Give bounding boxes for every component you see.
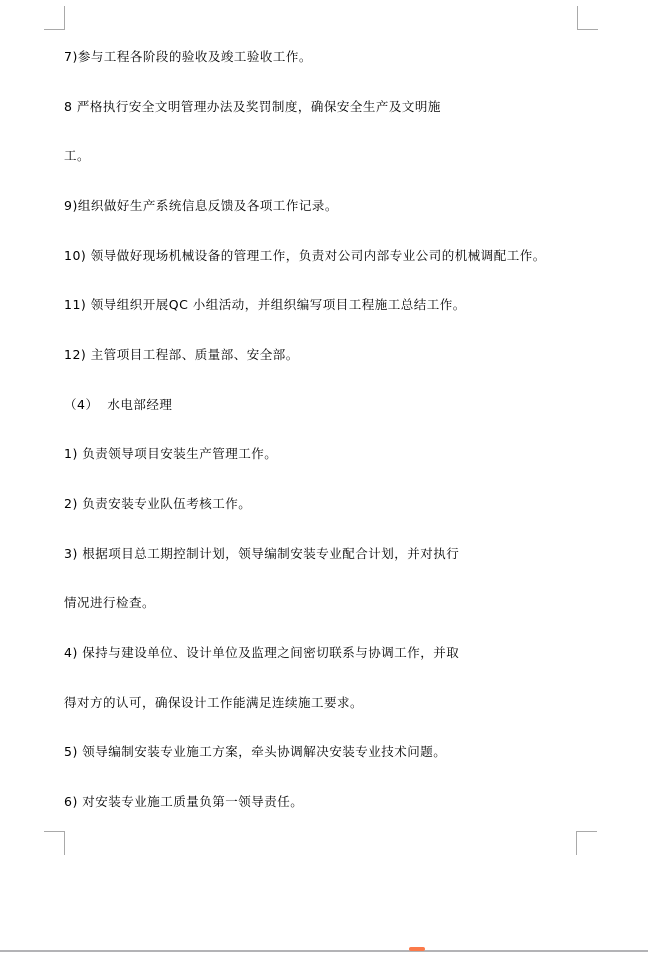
document-text-line: 10) 领导做好现场机械设备的管理工作，负责对公司内部专业公司的机械调配工作。 [64,230,578,280]
document-text-line: 7)参与工程各阶段的验收及竣工验收工作。 [64,31,578,81]
document-text-line: 工。 [64,130,578,180]
document-body: 7)参与工程各阶段的验收及竣工验收工作。 8 严格执行安全文明管理办法及奖罚制度… [64,31,578,826]
document-text-line: 6) 对安装专业施工质量负第一领导责任。 [64,776,578,826]
document-text-line: 3) 根据项目总工期控制计划，领导编制安装专业配合计划，并对执行 [64,528,578,578]
document-text-line: 5) 领导编制安装专业施工方案，牵头协调解决安装专业技术问题。 [64,727,578,777]
document-text-line: 2) 负责安装专业队伍考核工作。 [64,478,578,528]
document-text-line: 11) 领导组织开展QC 小组活动，并组织编写项目工程施工总结工作。 [64,279,578,329]
page-bottom-divider [0,950,648,952]
document-text-line: 8 严格执行安全文明管理办法及奖罚制度，确保安全生产及文明施 [64,81,578,131]
document-text-line: 情况进行检查。 [64,578,578,628]
text-boundary-mark-bottom-right [576,831,597,855]
document-text-line: 4) 保持与建设单位、设计单位及监理之间密切联系与协调工作，并取 [64,627,578,677]
text-boundary-mark-top-right [577,6,598,30]
text-boundary-mark-bottom-left [44,831,65,855]
document-page: 7)参与工程各阶段的验收及竣工验收工作。 8 严格执行安全文明管理办法及奖罚制度… [0,0,648,955]
text-boundary-mark-top-left [44,6,65,30]
document-text-line: 9)组织做好生产系统信息反馈及各项工作记录。 [64,180,578,230]
scroll-progress-marker[interactable] [409,947,425,951]
document-text-line: （4） 水电部经理 [64,379,578,429]
document-text-line: 1) 负责领导项目安装生产管理工作。 [64,429,578,479]
document-text-line: 12) 主管项目工程部、质量部、安全部。 [64,329,578,379]
document-text-line: 得对方的认可，确保设计工作能满足连续施工要求。 [64,677,578,727]
